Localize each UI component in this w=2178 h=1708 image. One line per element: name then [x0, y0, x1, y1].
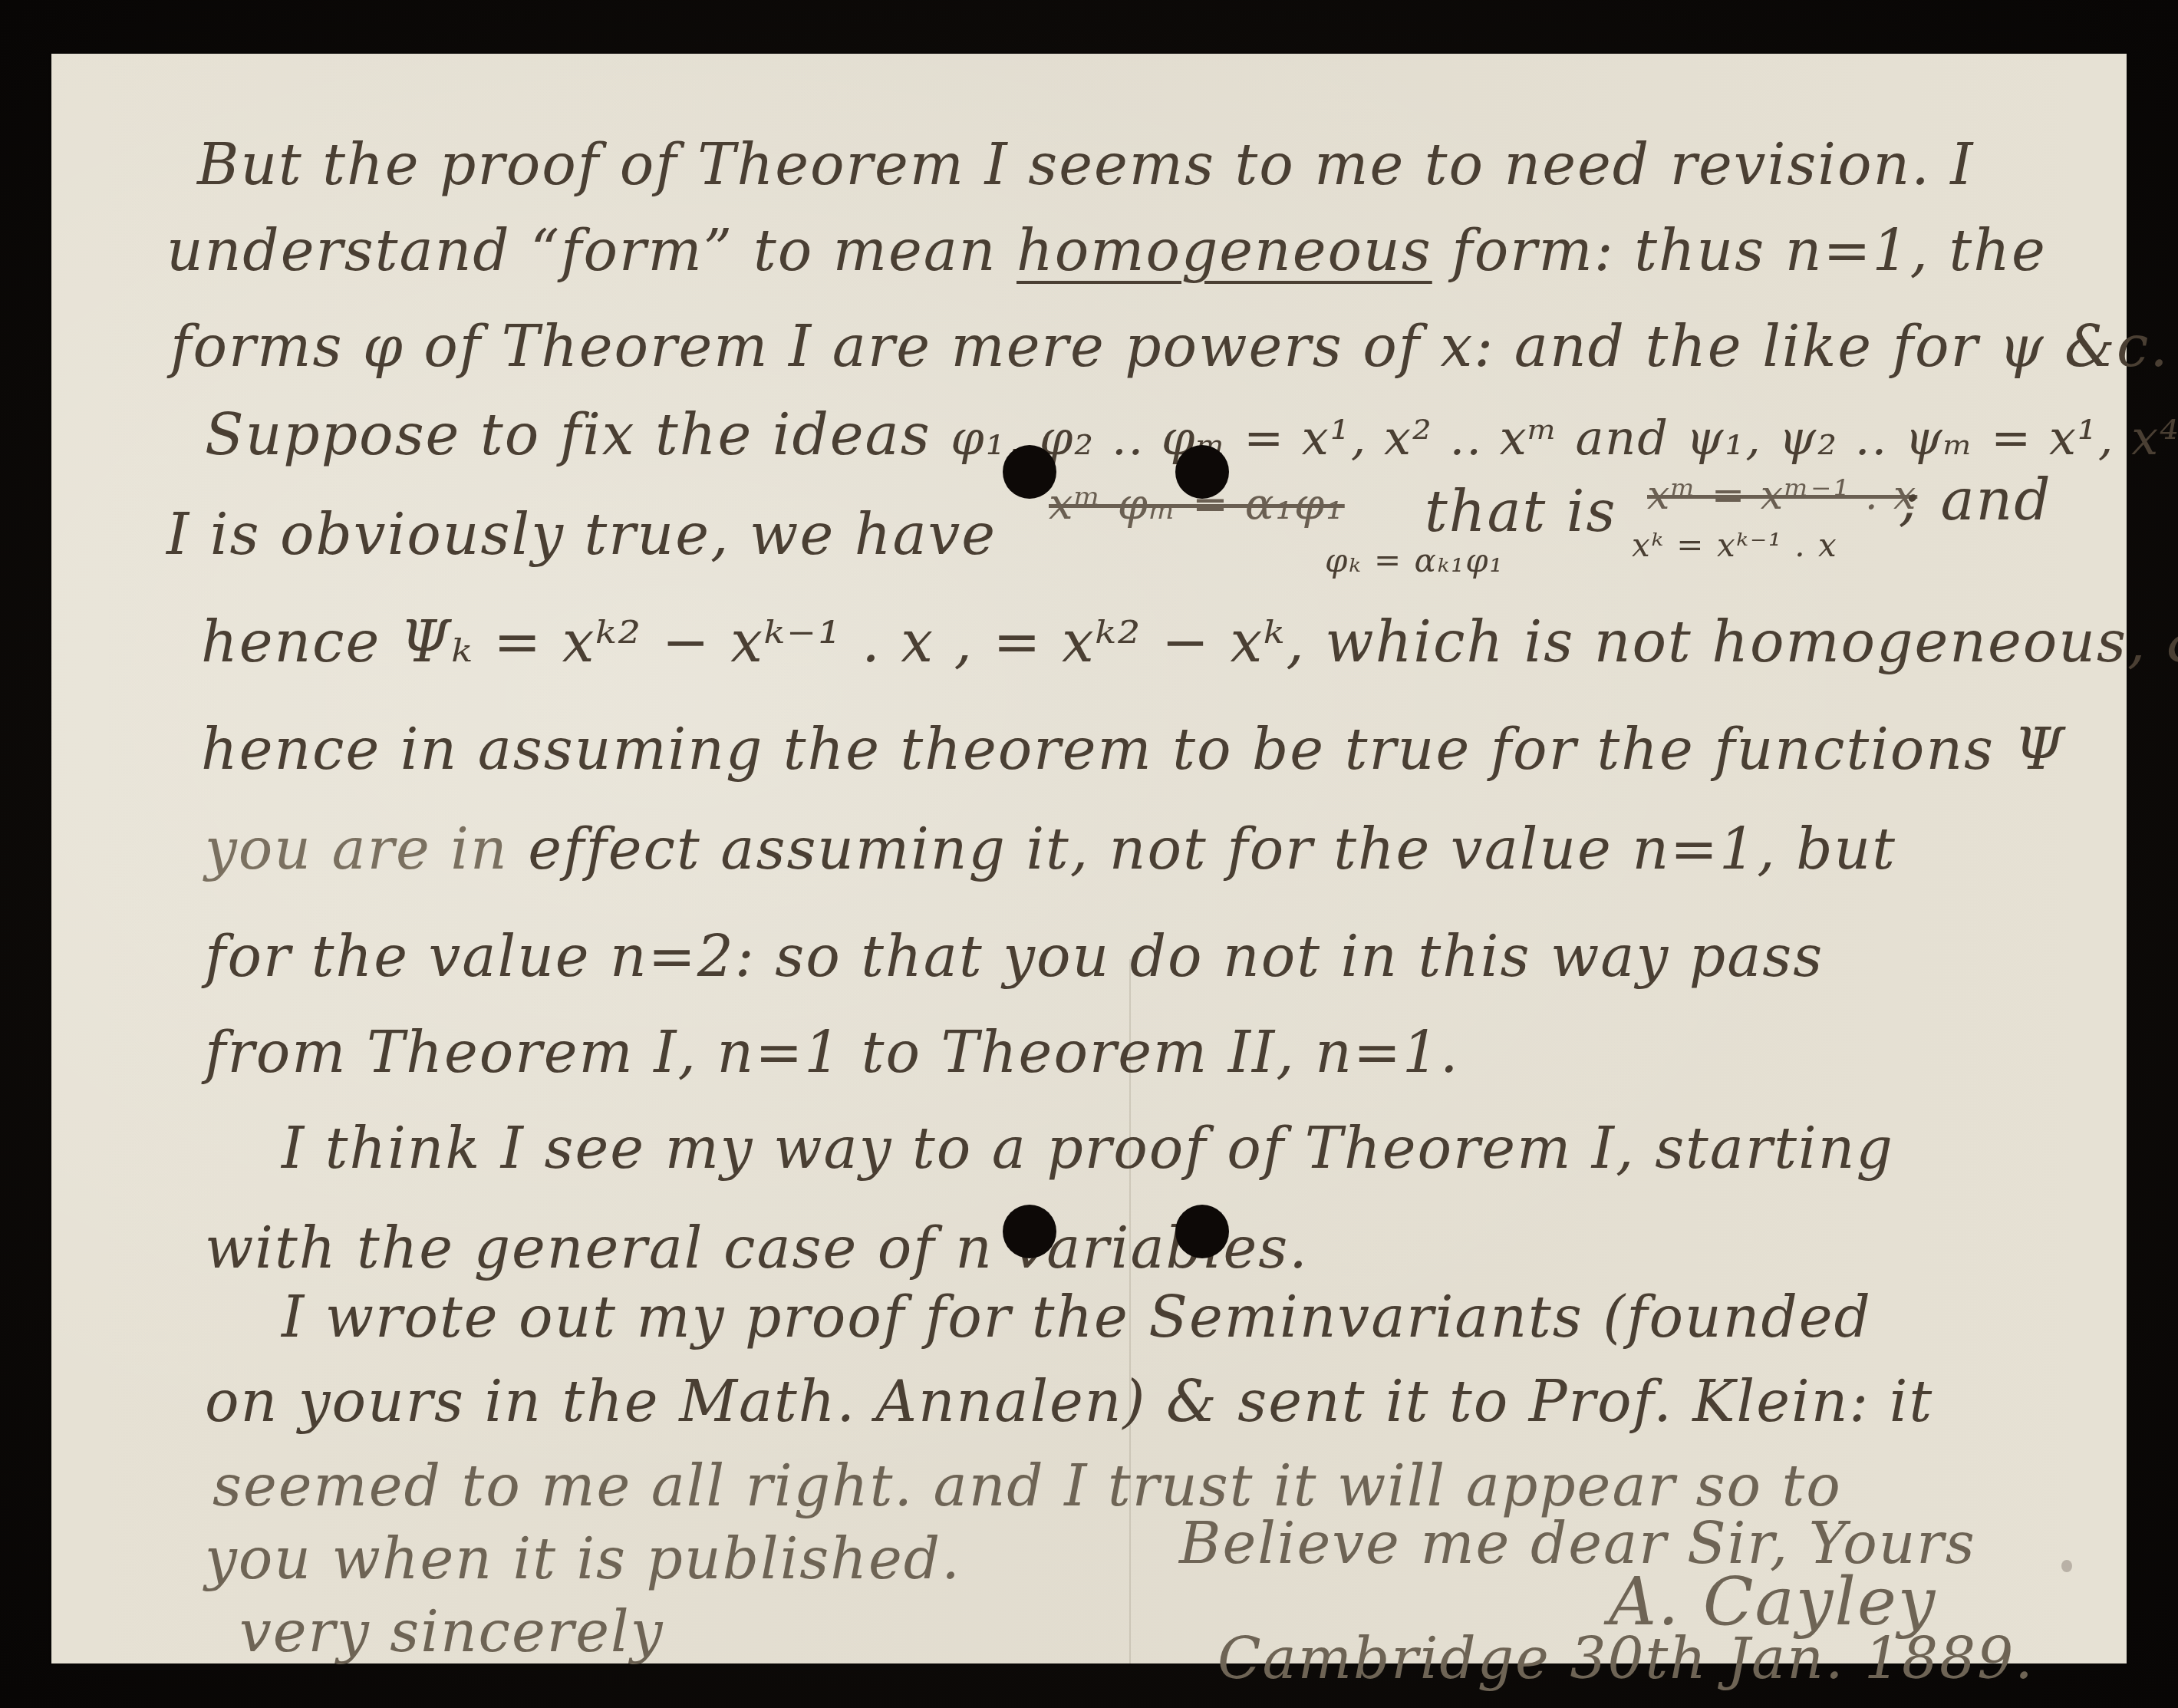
letter-line-2: understand “form” to mean homogeneous fo…: [166, 223, 2047, 279]
letter-line-7: hence in assuming the theorem to be true…: [201, 721, 2065, 778]
line-4-math: φ₁, φ₂ .. φₘ = x¹, x² .. xᵐ and ψ₁, ψ₂ .…: [951, 410, 2178, 466]
inserted-correction-1: φₖ = αₖ₁φ₁: [1325, 545, 1504, 577]
punch-hole-top-right: [1175, 445, 1229, 499]
punch-hole-bottom-right: [1175, 1205, 1229, 1258]
letter-line-13: I wrote out my proof for the Seminvarian…: [282, 1289, 1872, 1346]
letter-line-15: seemed to me all right. and I trust it w…: [213, 1458, 1842, 1515]
letter-line-3: forms φ of Theorem I are mere powers of …: [170, 318, 2170, 375]
line-5-mid-text: that is: [1425, 483, 1616, 540]
struck-correction-2: xᵐ = xᵐ⁻¹ . x: [1647, 476, 1917, 516]
paper-blemish: [2061, 1560, 2072, 1572]
letter-line-16: you when it is published.: [205, 1531, 961, 1588]
letter-line-1: But the proof of Theorem I seems to me t…: [197, 137, 1974, 193]
letter-line-6: hence Ψₖ = xᵏ² − xᵏ⁻¹ . x , = xᵏ² − xᵏ, …: [201, 614, 2178, 671]
letter-line-9: for the value n=2: so that you do not in…: [205, 928, 1824, 985]
letter-line-8: you are in effect assuming it, not for t…: [205, 821, 1896, 878]
line-8-faint-text: you are in: [205, 816, 509, 882]
line-4-text: Suppose to fix the ideas: [205, 402, 931, 468]
letter-line-10: from Theorem I, n=1 to Theorem II, n=1.: [205, 1024, 1460, 1081]
letter-line-11: I think I see my way to a proof of Theor…: [282, 1120, 1894, 1177]
underlined-word-homogeneous: homogeneous: [1017, 218, 1432, 284]
punch-hole-bottom-left: [1003, 1205, 1056, 1258]
dateline: Cambridge 30th Jan. 1889.: [1218, 1631, 2035, 1687]
letter-line-14: on yours in the Math. Annalen) & sent it…: [205, 1373, 1933, 1430]
punch-hole-top-left: [1003, 445, 1056, 499]
letter-line-17: very sincerely: [239, 1604, 664, 1660]
letter-line-5: I is obviously true, we have: [166, 506, 997, 563]
letter-page: But the proof of Theorem I seems to me t…: [51, 54, 2127, 1663]
line-8-text: effect assuming it, not for the value n=…: [528, 816, 1896, 882]
line-5-end-text: ; and: [1900, 472, 2052, 529]
line-2-text-a: understand “form” to mean: [166, 218, 997, 284]
inserted-correction-2: xᵏ = xᵏ⁻¹ . x: [1632, 529, 1838, 562]
line-2-text-b: form: thus n=1, the: [1451, 218, 2046, 284]
letter-line-12: with the general case of n variables.: [205, 1220, 1309, 1277]
